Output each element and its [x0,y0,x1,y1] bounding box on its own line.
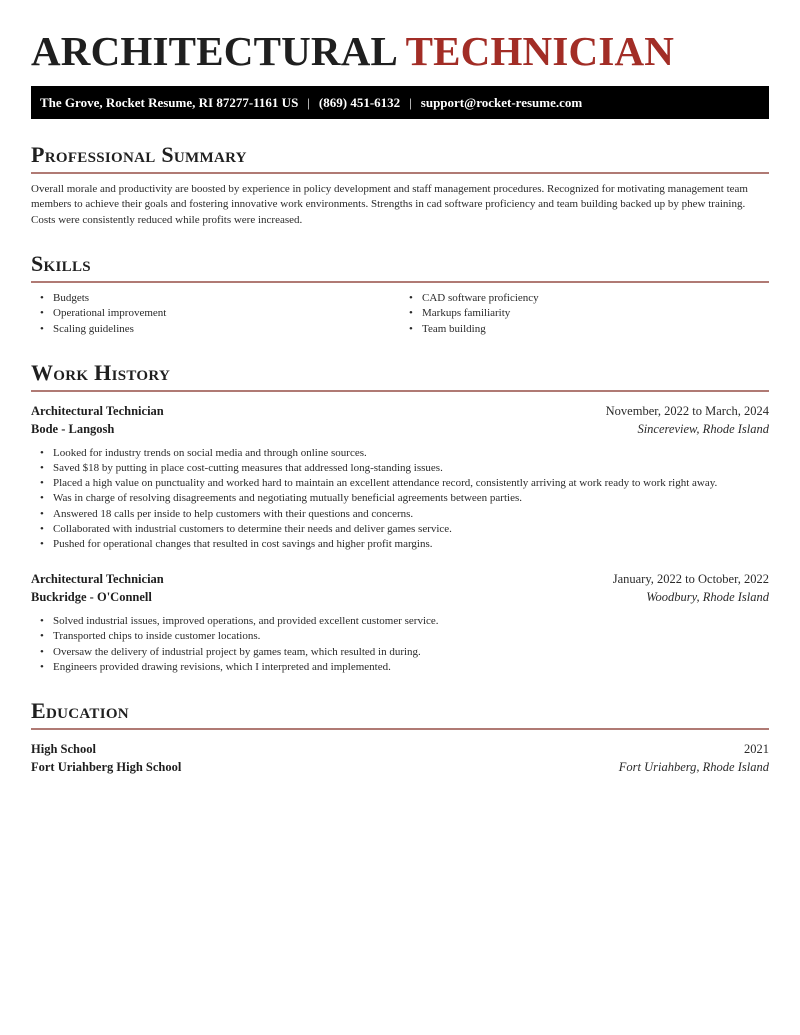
job-title: Architectural Technician [31,402,164,420]
skill-item: Scaling guidelines [53,322,400,337]
job-bullet: Answered 18 calls per inside to help cus… [53,507,769,522]
job-dates: November, 2022 to March, 2024 [606,402,769,420]
contact-address: The Grove, Rocket Resume, RI 87277-1161 … [40,95,298,110]
section-divider [31,728,769,730]
job-bullet: Placed a high value on punctuality and w… [53,476,769,491]
skills-column-left: Budgets Operational improvement Scaling … [31,291,400,337]
job-bullet: Was in charge of resolving disagreements… [53,491,769,506]
job-bullet: Solved industrial issues, improved opera… [53,614,769,629]
job-dates: January, 2022 to October, 2022 [613,570,769,588]
education-degree: High School [31,740,96,758]
contact-separator: | [298,95,319,110]
job-bullet: Looked for industry trends on social med… [53,446,769,461]
job-company: Buckridge - O'Connell [31,588,152,606]
education-heading: Education [31,697,769,725]
education-entry: High School 2021 Fort Uriahberg High Sch… [31,740,769,776]
skills-column-right: CAD software proficiency Markups familia… [400,291,769,337]
contact-phone: (869) 451-6132 [319,95,400,110]
job-entry: Architectural Technician January, 2022 t… [31,570,769,675]
job-company: Bode - Langosh [31,420,114,438]
education-school: Fort Uriahberg High School [31,758,181,776]
job-bullet: Pushed for operational changes that resu… [53,537,769,552]
skill-item: CAD software proficiency [422,291,769,306]
resume-title: ARCHITECTURAL TECHNICIAN [31,0,769,75]
section-divider [31,390,769,392]
title-part-1: ARCHITECTURAL [31,28,396,74]
title-part-2: TECHNICIAN [406,28,675,74]
summary-text: Overall morale and productivity are boos… [31,182,769,228]
summary-heading: Professional Summary [31,141,769,169]
section-divider [31,172,769,174]
job-bullet: Saved $18 by putting in place cost-cutti… [53,461,769,476]
skill-item: Operational improvement [53,306,400,321]
job-bullets: Looked for industry trends on social med… [31,446,769,552]
job-bullet: Collaborated with industrial customers t… [53,522,769,537]
contact-separator: | [400,95,421,110]
skill-item: Budgets [53,291,400,306]
skill-item: Markups familiarity [422,306,769,321]
job-location: Woodbury, Rhode Island [646,588,769,606]
resume-page: ARCHITECTURAL TECHNICIAN The Grove, Rock… [0,0,800,776]
job-bullets: Solved industrial issues, improved opera… [31,614,769,675]
job-bullet: Engineers provided drawing revisions, wh… [53,660,769,675]
job-entry: Architectural Technician November, 2022 … [31,402,769,552]
job-location: Sincereview, Rhode Island [637,420,769,438]
contact-bar: The Grove, Rocket Resume, RI 87277-1161 … [31,86,769,119]
skills-list: Budgets Operational improvement Scaling … [31,291,769,337]
contact-email[interactable]: support@rocket-resume.com [421,95,582,110]
job-bullet: Transported chips to inside customer loc… [53,629,769,644]
skills-heading: Skills [31,250,769,278]
education-year: 2021 [744,740,769,758]
section-divider [31,281,769,283]
work-history-heading: Work History [31,359,769,387]
skill-item: Team building [422,322,769,337]
job-title: Architectural Technician [31,570,164,588]
job-bullet: Oversaw the delivery of industrial proje… [53,645,769,660]
education-location: Fort Uriahberg, Rhode Island [619,758,769,776]
